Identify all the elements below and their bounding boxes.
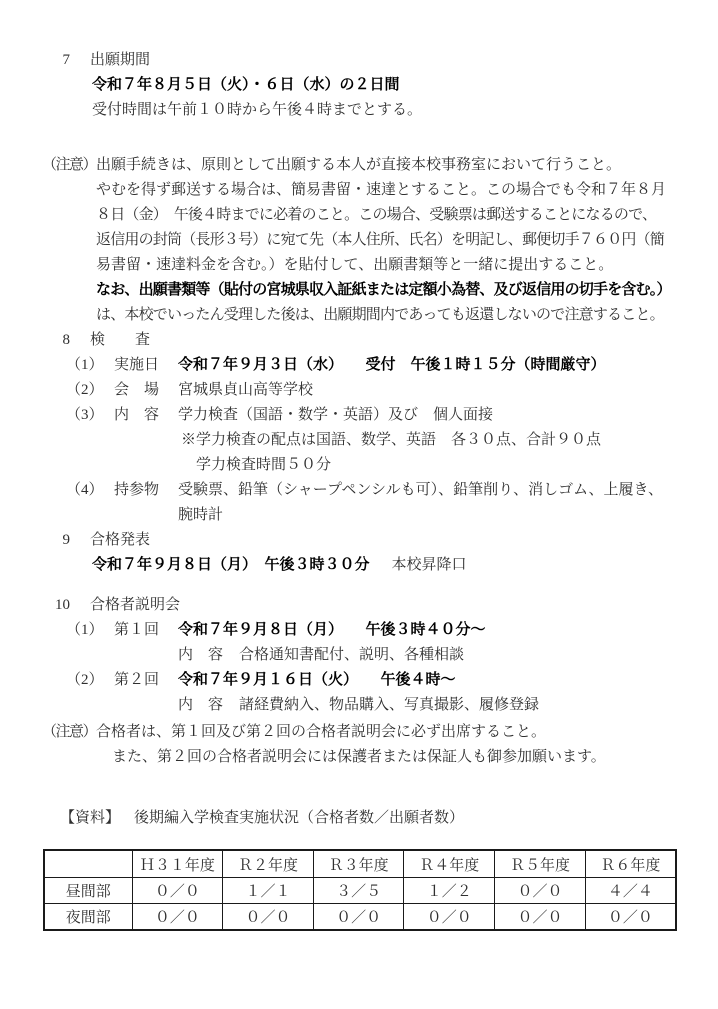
section-heading: 10合格者説明会 — [0, 593, 718, 618]
exam-venue-value: 宮城県貞山高等学校 — [178, 378, 313, 403]
exam-content-value: 学力検査（国語・数学・英語）及び 個人面接 — [178, 403, 493, 428]
table-cell: ０／０ — [223, 904, 314, 931]
table-cell: ０／０ — [132, 878, 223, 904]
table-header-r4: Ｒ４年度 — [404, 850, 495, 878]
item-label: 内 容 — [114, 403, 162, 428]
table-row-daytime: 昼間部 ０／０ １／１ ３／５ １／２ ０／０ ４／４ — [44, 878, 676, 904]
item-number: （3） — [66, 403, 114, 428]
reception-hours: 受付時間は午前１０時から午後４時までとする。 — [0, 98, 718, 123]
notice-application-procedure: （注意）出願手続きは、原則として出願する本人が直接本校事務室において行うこと。 … — [0, 153, 718, 328]
items-to-bring-value: 受験票、鉛筆（シャープペンシルも可）、鉛筆削り、消しゴム、上履き、 — [178, 478, 663, 503]
second-briefing-contents: 内 容諸経費納入、物品購入、写真撮影、履修登録 — [0, 693, 718, 718]
notice-line: ８日（金） 午後４時までに必着のこと。この場合、受験票は郵送することになるので、 — [0, 203, 718, 228]
table-cell: ４／４ — [585, 878, 676, 904]
notice-line: やむを得ず郵送する場合は、簡易書留・速達とすること。この場合でも令和７年８月 — [0, 178, 718, 203]
section-title: 検 査 — [90, 332, 150, 348]
item-number: （2） — [66, 668, 114, 693]
item-number: （1） — [66, 353, 114, 378]
table-cell: １／１ — [223, 878, 314, 904]
table-row-evening: 夜間部 ０／０ ０／０ ０／０ ０／０ ０／０ ０／０ — [44, 904, 676, 931]
reference-data-heading: 【資料】後期編入学検査実施状況（合格者数／出願者数） — [0, 806, 718, 831]
announcement-datetime: 令和７年９月８日（月） 午後３時３０分 — [92, 557, 370, 573]
section-title: 合格発表 — [90, 532, 150, 548]
item-number: （1） — [66, 618, 114, 643]
notice-line: は、本校でいったん受理した後は、出願期間内であっても返還しないので注意すること。 — [0, 303, 718, 328]
exam-content-row: （3）内 容学力検査（国語・数学・英語）及び 個人面接 — [0, 403, 718, 428]
table-cell: ０／０ — [132, 904, 223, 931]
section-number: 10 — [42, 593, 70, 618]
item-label: 会 場 — [114, 378, 162, 403]
table-cell: ０／０ — [404, 904, 495, 931]
item-label: 持参物 — [114, 478, 162, 503]
section-number: 7 — [42, 48, 70, 73]
table-header-r2: Ｒ２年度 — [223, 850, 314, 878]
items-to-bring-continued: 腕時計 — [0, 503, 718, 528]
item-number: （4） — [66, 478, 114, 503]
table-cell: １／２ — [404, 878, 495, 904]
contents-value: 諸経費納入、物品購入、写真撮影、履修登録 — [239, 693, 539, 718]
item-label: 第２回 — [114, 668, 162, 693]
item-number: （2） — [66, 378, 114, 403]
notice-line-emphasis: なお、出願書類等（貼付の宮城県収入証紙または定額小為替、及び返信用の切手を含む。… — [0, 278, 718, 303]
row-label: 昼間部 — [44, 878, 132, 904]
document-content: 7出願期間 令和７年８月５日（火）・６日（水）の２日間 受付時間は午前１０時から… — [0, 0, 718, 931]
table-cell: ３／５ — [313, 878, 404, 904]
document-page: 7出願期間 令和７年８月５日（火）・６日（水）の２日間 受付時間は午前１０時から… — [0, 0, 718, 1009]
table-cell: ０／０ — [313, 904, 404, 931]
notice-line: （注意）合格者は、第１回及び第２回の合格者説明会に必ず出席すること。 — [0, 720, 718, 745]
section-title: 合格者説明会 — [90, 597, 180, 613]
notice-line: 返信用の封筒（長形３号）に宛て先（本人住所、氏名）を明記し、郵便切手７６０円（簡 — [0, 228, 718, 253]
second-briefing-row: （2）第２回令和７年９月１６日（火） 午後４時～ — [0, 668, 718, 693]
table-header-r5: Ｒ５年度 — [495, 850, 586, 878]
reference-title: 後期編入学検査実施状況（合格者数／出願者数） — [134, 806, 464, 831]
reference-label: 【資料】 — [60, 806, 120, 831]
section-briefing-sessions: 10合格者説明会 （1）第１回令和７年９月８日（月） 午後３時４０分～ 内 容合… — [0, 593, 718, 718]
exam-date-value: 令和７年９月３日（水） 受付 午後１時１５分（時間厳守） — [178, 353, 606, 378]
notice-line: （注意）出願手続きは、原則として出願する本人が直接本校事務室において行うこと。 — [0, 153, 718, 178]
first-briefing-row: （1）第１回令和７年９月８日（月） 午後３時４０分～ — [0, 618, 718, 643]
section-number: 9 — [42, 528, 70, 553]
notice-text: 合格者は、第１回及び第２回の合格者説明会に必ず出席すること。 — [96, 720, 546, 745]
first-briefing-datetime: 令和７年９月８日（月） 午後３時４０分～ — [178, 618, 486, 643]
section-heading: 9合格発表 — [0, 528, 718, 553]
notice-text: 出願手続きは、原則として出願する本人が直接本校事務室において行うこと。 — [96, 153, 621, 178]
contents-label: 内 容 — [178, 643, 223, 668]
application-period-dates: 令和７年８月５日（火）・６日（水）の２日間 — [0, 73, 718, 98]
exam-venue-row: （2）会 場宮城県貞山高等学校 — [0, 378, 718, 403]
notice-briefing-attendance: （注意）合格者は、第１回及び第２回の合格者説明会に必ず出席すること。 また、第２… — [0, 720, 718, 770]
announcement-line: 令和７年９月８日（月） 午後３時３０分本校昇降口 — [0, 553, 718, 578]
section-heading: 8検 査 — [0, 328, 718, 353]
row-label: 夜間部 — [44, 904, 132, 931]
table-header-r6: Ｒ６年度 — [585, 850, 676, 878]
notice-line: 易書留・速達料金を含む。）を貼付して、出願書類等と一緒に提出すること。 — [0, 253, 718, 278]
item-label: 第１回 — [114, 618, 162, 643]
notice-label: （注意） — [42, 153, 96, 178]
table-cell: ０／０ — [495, 878, 586, 904]
contents-label: 内 容 — [178, 693, 223, 718]
section-number: 8 — [42, 328, 70, 353]
section-heading: 7出願期間 — [0, 48, 718, 73]
first-briefing-contents: 内 容合格通知書配付、説明、各種相談 — [0, 643, 718, 668]
table-cell: ０／０ — [495, 904, 586, 931]
section-application-period: 7出願期間 令和７年８月５日（火）・６日（水）の２日間 受付時間は午前１０時から… — [0, 48, 718, 123]
section-examination: 8検 査 （1）実施日令和７年９月３日（水） 受付 午後１時１５分（時間厳守） … — [0, 328, 718, 528]
exam-duration-note: 学力検査時間５０分 — [0, 453, 718, 478]
notice-label: （注意） — [42, 720, 96, 745]
section-results-announcement: 9合格発表 令和７年９月８日（月） 午後３時３０分本校昇降口 — [0, 528, 718, 578]
contents-value: 合格通知書配付、説明、各種相談 — [239, 643, 464, 668]
notice-line: また、第２回の合格者説明会には保護者または保証人も御参加願います。 — [0, 745, 718, 770]
announcement-place: 本校昇降口 — [392, 557, 467, 573]
admission-results-table: Ｈ３１年度 Ｒ２年度 Ｒ３年度 Ｒ４年度 Ｒ５年度 Ｒ６年度 昼間部 ０／０ １… — [43, 849, 677, 931]
table-header-row: Ｈ３１年度 Ｒ２年度 Ｒ３年度 Ｒ４年度 Ｒ５年度 Ｒ６年度 — [44, 850, 676, 878]
table-header-h31: Ｈ３１年度 — [132, 850, 223, 878]
exam-date-row: （1）実施日令和７年９月３日（水） 受付 午後１時１５分（時間厳守） — [0, 353, 718, 378]
section-title: 出願期間 — [90, 52, 150, 68]
items-to-bring-row: （4）持参物受験票、鉛筆（シャープペンシルも可）、鉛筆削り、消しゴム、上履き、 — [0, 478, 718, 503]
item-label: 実施日 — [114, 353, 162, 378]
table-cell: ０／０ — [585, 904, 676, 931]
exam-scoring-note: ※学力検査の配点は国語、数学、英語 各３０点、合計９０点 — [0, 428, 718, 453]
second-briefing-datetime: 令和７年９月１６日（火） 午後４時～ — [178, 668, 456, 693]
table-header-corner — [44, 850, 132, 878]
table-header-r3: Ｒ３年度 — [313, 850, 404, 878]
